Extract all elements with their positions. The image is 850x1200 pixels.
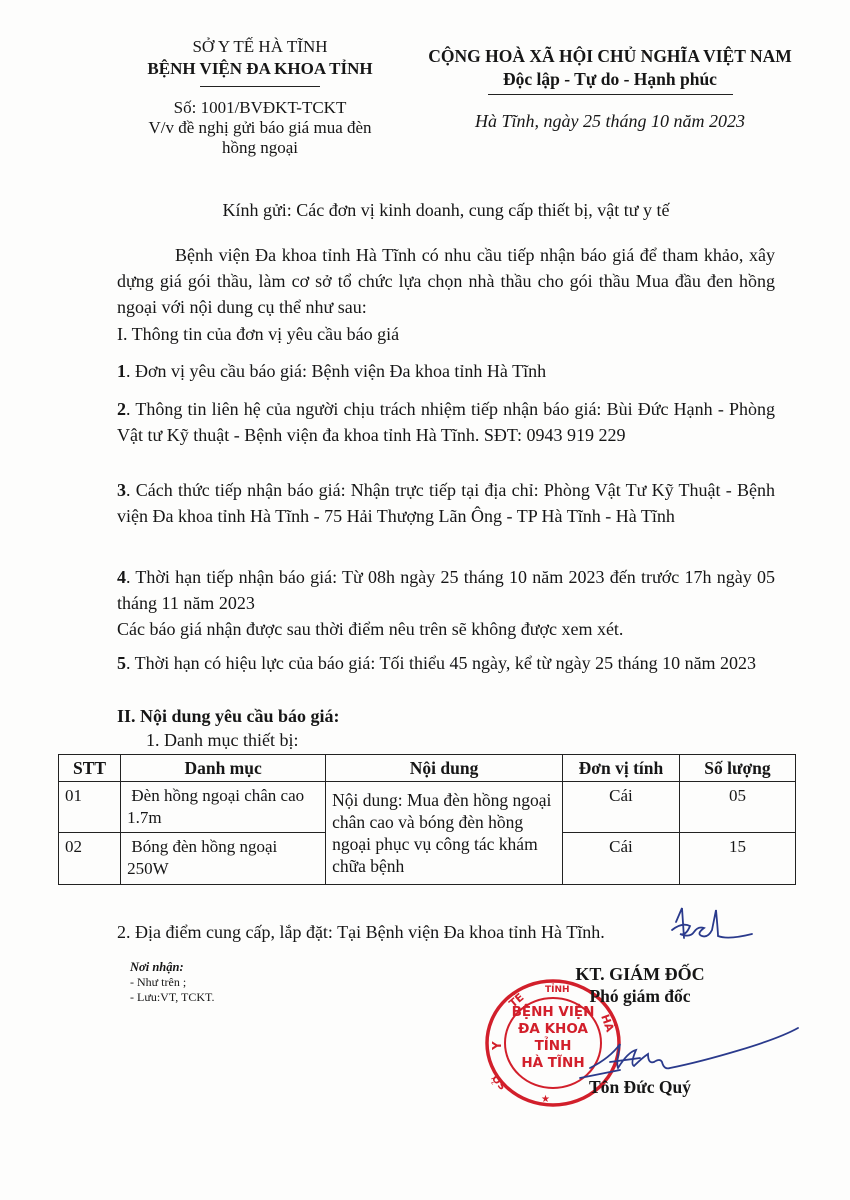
section2-sub1: 1. Danh mục thiết bị: (146, 727, 298, 753)
header-right: CỘNG HOÀ XÃ HỘI CHỦ NGHĨA VIỆT NAM Độc l… (420, 45, 800, 95)
header-right-rule (488, 94, 733, 95)
document-subject-line2: hồng ngoại (100, 138, 420, 158)
stamp-line: TỈNH (483, 1038, 623, 1055)
section1-item-5: 5. Thời hạn có hiệu lực của báo giá: Tối… (117, 650, 775, 676)
svg-text:SỞ: SỞ (488, 1072, 509, 1093)
cell-stt: 02 (59, 833, 121, 885)
section1-item-3: 3. Cách thức tiếp nhận báo giá: Nhận trự… (117, 477, 775, 529)
signature-title: KT. GIÁM ĐỐC (520, 963, 760, 985)
place-date: Hà Tĩnh, ngày 25 tháng 10 năm 2023 (420, 111, 800, 132)
col-header-unit: Đơn vị tính (562, 755, 679, 782)
item-number: 5 (117, 653, 126, 673)
header-left-rule (200, 86, 320, 87)
section2-sub2: 2. Địa điểm cung cấp, lắp đặt: Tại Bệnh … (117, 919, 605, 945)
recipient-line: - Lưu:VT, TCKT. (130, 990, 215, 1005)
table-row: 01 Đèn hồng ngoại chân cao 1.7m Nội dung… (59, 782, 796, 833)
col-header-quantity: Số lượng (679, 755, 795, 782)
cell-quantity: 05 (679, 782, 795, 833)
national-title: CỘNG HOÀ XÃ HỘI CHỦ NGHĨA VIỆT NAM (420, 45, 800, 67)
cell-item: Đèn hồng ngoại chân cao 1.7m (121, 782, 326, 833)
addressee: Kính gửi: Các đơn vị kinh doanh, cung cấ… (117, 197, 775, 223)
stamp-line: ĐA KHOA (483, 1021, 623, 1038)
table-header-row: STT Danh mục Nội dung Đơn vị tính Số lượ… (59, 755, 796, 782)
item-number: 3 (117, 480, 126, 500)
section2-heading: II. Nội dung yêu cầu báo giá: (117, 703, 775, 729)
item-text: . Đơn vị yêu cầu báo giá: Bệnh viện Đa k… (126, 361, 546, 381)
section1-heading: I. Thông tin của đơn vị yêu cầu báo giá (117, 321, 775, 347)
col-header-item: Danh mục (121, 755, 326, 782)
initials-signature-icon (672, 908, 752, 938)
equipment-table: STT Danh mục Nội dung Đơn vị tính Số lượ… (58, 754, 796, 885)
header-left: SỞ Y TẾ HÀ TĨNH BỆNH VIỆN ĐA KHOA TỈNH S… (100, 36, 420, 158)
item-text: . Thời hạn tiếp nhận báo giá: Từ 08h ngà… (117, 567, 775, 613)
stamp-center-text: BỆNH VIỆN ĐA KHOA TỈNH HÀ TĨNH (483, 1004, 623, 1072)
recipient-line: - Như trên ; (130, 975, 215, 990)
recipients-title: Nơi nhận: (130, 960, 215, 975)
stamp-line: HÀ TĨNH (483, 1055, 623, 1072)
item-number: 1 (117, 361, 126, 381)
col-header-content: Nội dung (326, 755, 563, 782)
cell-content: Nội dung: Mua đèn hồng ngoại chân cao và… (326, 782, 563, 885)
cell-unit: Cái (562, 782, 679, 833)
recipients-block: Nơi nhận: - Như trên ; - Lưu:VT, TCKT. (130, 960, 215, 1005)
item-number: 2 (117, 399, 126, 419)
intro-paragraph: Bệnh viện Đa khoa tỉnh Hà Tĩnh có nhu cầ… (117, 242, 775, 320)
signer-name: Tôn Đức Quý (520, 1077, 760, 1098)
cell-item: Bóng đèn hồng ngoại 250W (121, 833, 326, 885)
section1-item-1: 1. Đơn vị yêu cầu báo giá: Bệnh viện Đa … (117, 358, 775, 384)
col-header-stt: STT (59, 755, 121, 782)
cell-quantity: 15 (679, 833, 795, 885)
item-text: . Thời hạn có hiệu lực của báo giá: Tối … (126, 653, 756, 673)
section1-item-2: 2. Thông tin liên hệ của người chịu trác… (117, 396, 775, 448)
item-text: . Cách thức tiếp nhận báo giá: Nhận trực… (117, 480, 775, 526)
agency-name: SỞ Y TẾ HÀ TĨNH (100, 36, 420, 58)
document-subject-line1: V/v đề nghị gửi báo giá mua đèn (100, 118, 420, 138)
signature-block: KT. GIÁM ĐỐC Phó giám đốc Tôn Đức Quý (520, 963, 760, 1007)
section1-note: Các báo giá nhận được sau thời điểm nêu … (117, 616, 775, 642)
signature-position: Phó giám đốc (520, 985, 760, 1007)
document-number: Số: 1001/BVĐKT-TCKT (100, 97, 420, 118)
organization-name: BỆNH VIỆN ĐA KHOA TỈNH (100, 58, 420, 80)
cell-unit: Cái (562, 833, 679, 885)
section1-item-4: 4. Thời hạn tiếp nhận báo giá: Từ 08h ng… (117, 564, 775, 616)
item-text: . Thông tin liên hệ của người chịu trách… (117, 399, 775, 445)
national-motto: Độc lập - Tự do - Hạnh phúc (420, 67, 800, 91)
cell-stt: 01 (59, 782, 121, 833)
item-number: 4 (117, 567, 126, 587)
